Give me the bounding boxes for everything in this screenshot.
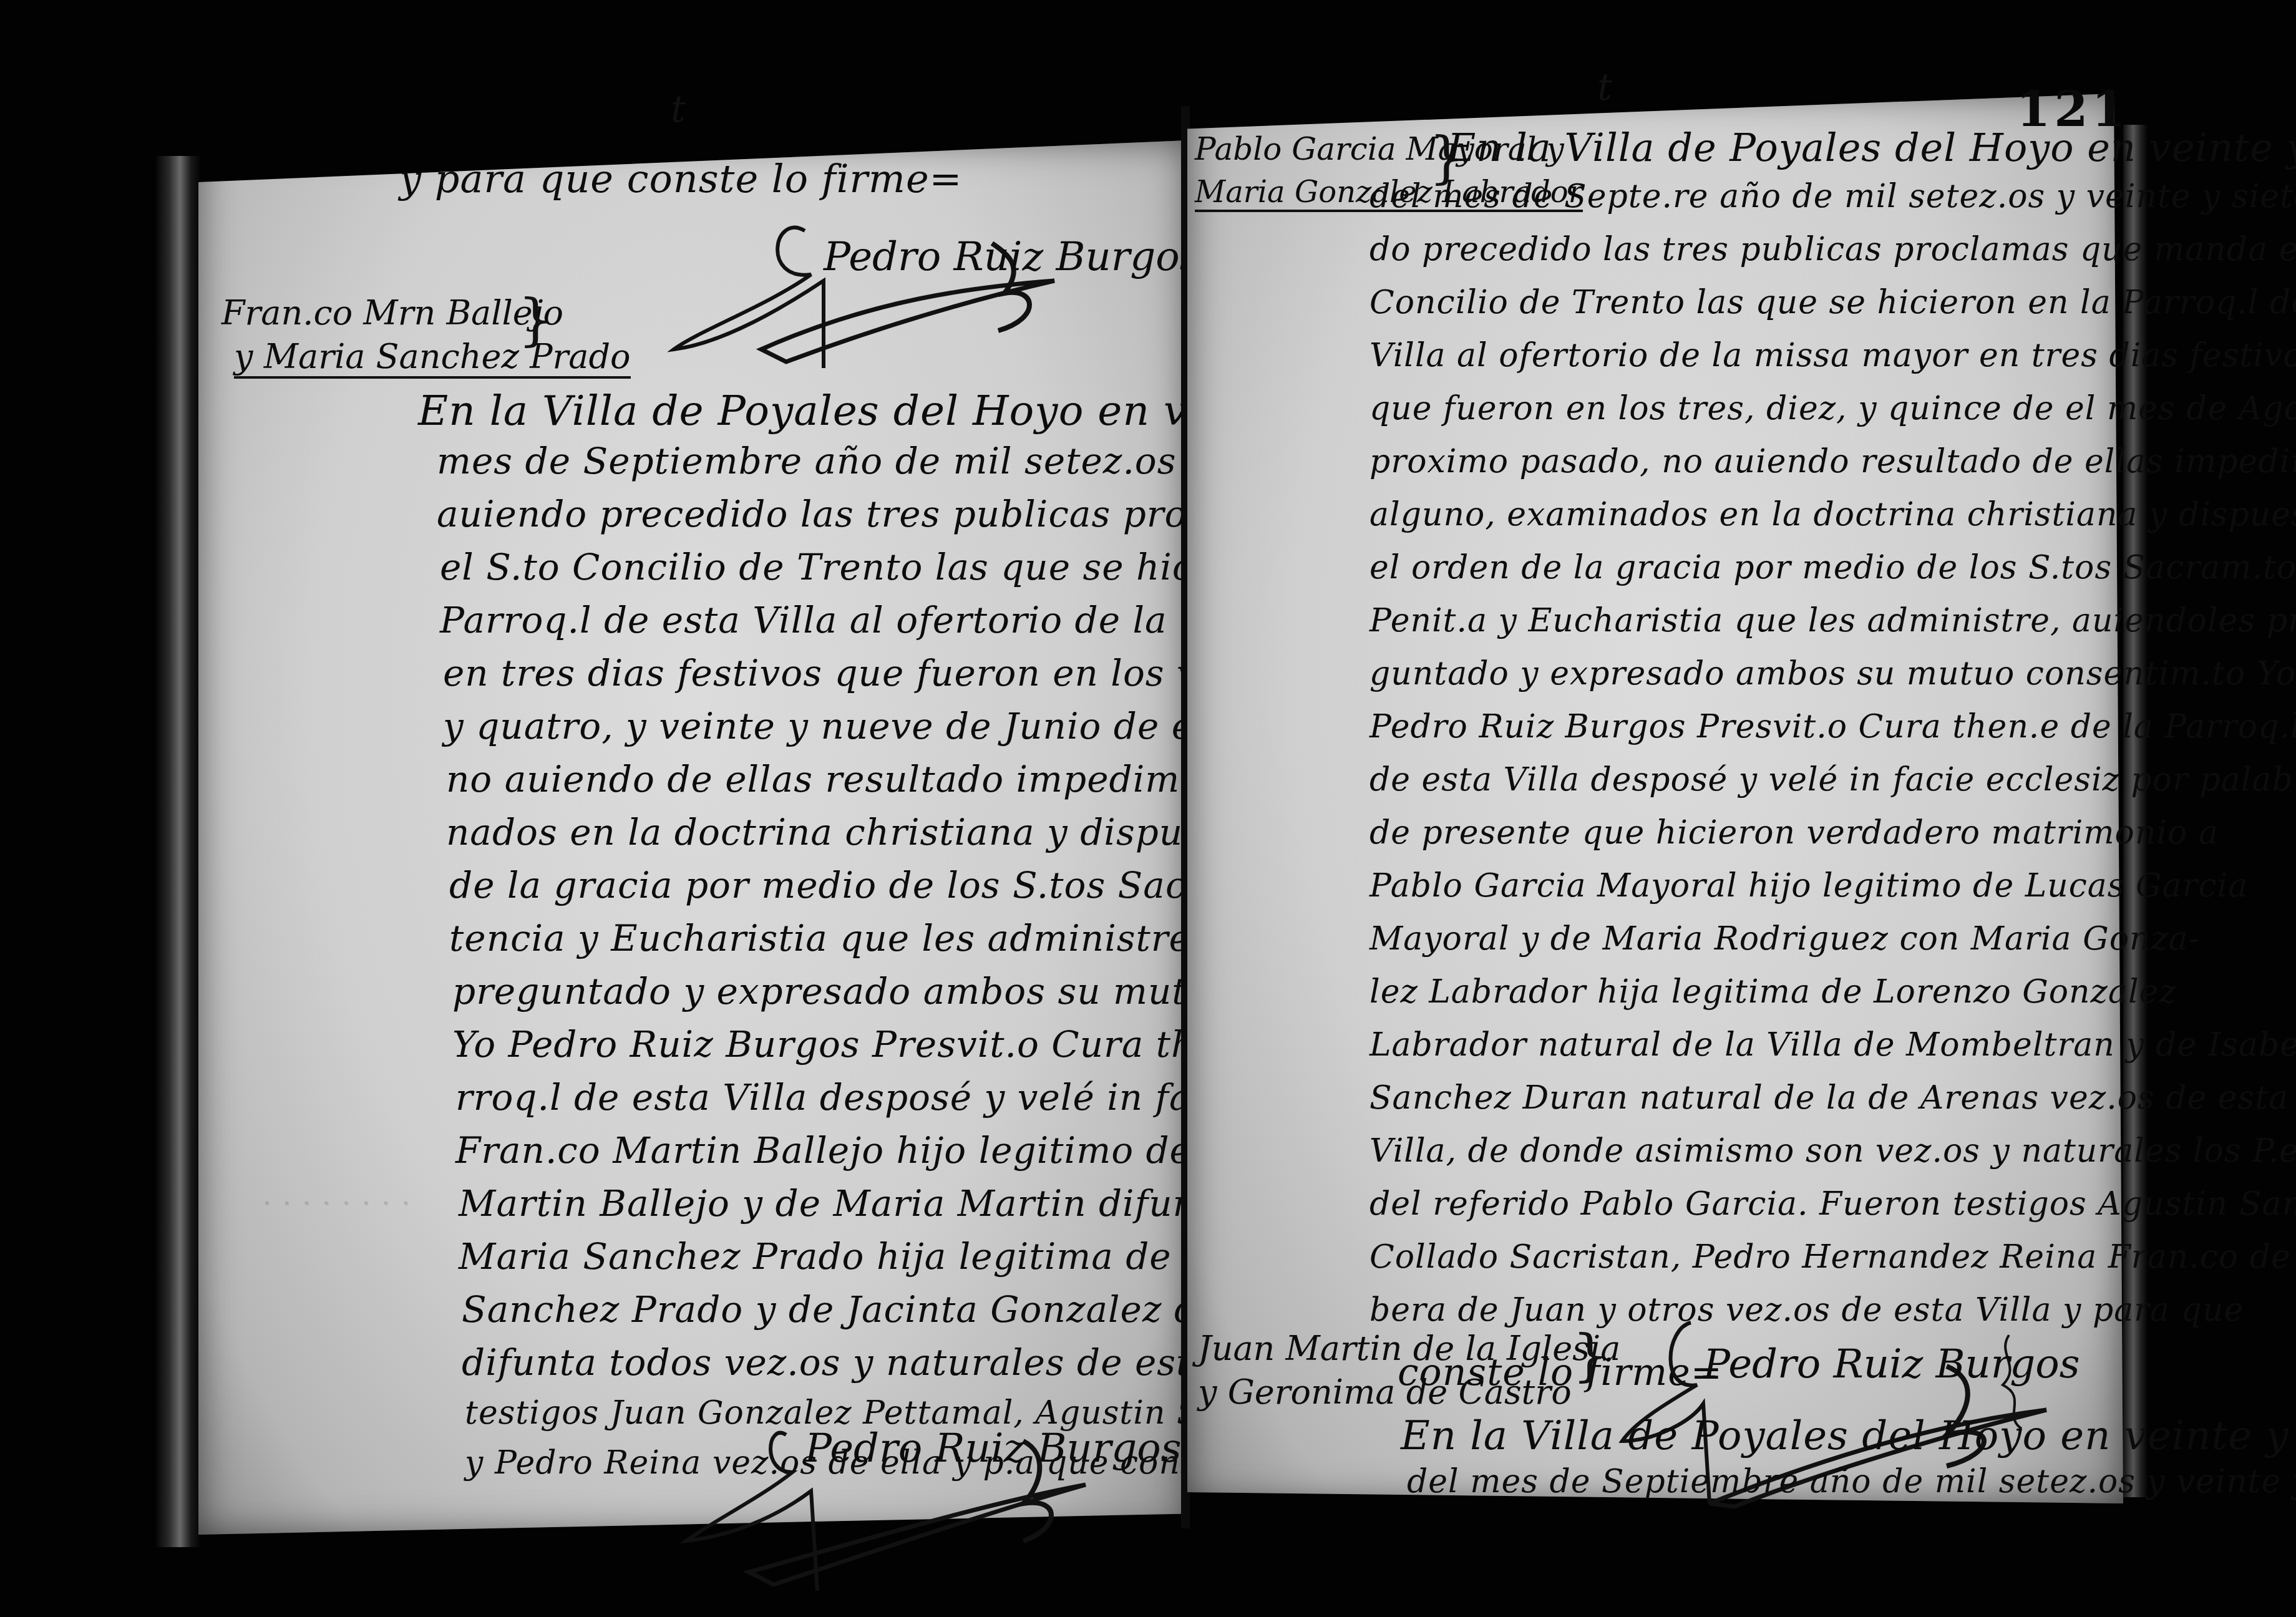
entry-line: Penit.a y Eucharistia que les administre… xyxy=(1369,602,2296,639)
entry-line: Villa al ofertorio de la missa mayor en … xyxy=(1369,337,2296,374)
entry-line: Pedro Ruiz Burgos Presvit.o Cura then.e … xyxy=(1369,708,2296,745)
entry-line: En la Villa de Poyales del Hoyo en veint… xyxy=(1401,1413,2296,1459)
entry-line: del mes de Septiembre año de mil setez.o… xyxy=(1407,1463,2296,1500)
entry-line: do precedido las tres publicas proclamas… xyxy=(1369,231,2296,268)
entry-line: lez Labrador hija legitima de Lorenzo Go… xyxy=(1369,973,2177,1011)
book-binding-edge xyxy=(156,156,200,1547)
entry-line: del referido Pablo Garcia. Fueron testig… xyxy=(1369,1185,2296,1223)
entry-line: proximo pasado, no auiendo resultado de … xyxy=(1369,443,2296,480)
margin-note-line-2: y Maria Sanchez Prado xyxy=(234,337,631,379)
entry-line: Concilio de Trento las que se hicieron e… xyxy=(1369,284,2296,321)
entry-line: de esta Villa desposé y velé in facie ec… xyxy=(1369,761,2296,799)
margin-note-line-2: y Geronima de Castro xyxy=(1198,1372,1572,1412)
entry-line: En la Villa de Poyales del Hoyo en veint… xyxy=(1447,125,2296,170)
scan-background: · · · · · · · · t y para que conste lo f… xyxy=(0,0,2296,1617)
entry-line: Collado Sacristan, Pedro Hernandez Reina… xyxy=(1369,1238,2296,1276)
signature-name: Pedro Ruiz Burgos xyxy=(1703,1341,2080,1387)
entry-line: Villa, de donde asimismo son vez.os y na… xyxy=(1369,1132,2296,1170)
top-mark-right: t xyxy=(1597,66,1612,109)
entry-line: Labrador natural de la Villa de Mombeltr… xyxy=(1369,1026,2296,1064)
margin-note-line-1: Fran.co Mrn Ballejo xyxy=(221,293,563,333)
entry-line: que fueron en los tres, diez, y quince d… xyxy=(1369,390,2296,427)
bleed-through-text: · · · · · · · · xyxy=(262,1185,411,1221)
signature-name: Pedro Ruiz Burgos xyxy=(805,1425,1182,1472)
margin-brace-icon: } xyxy=(518,287,553,352)
signature-name: Pedro Ruiz Burgos xyxy=(824,234,1200,280)
entry-line: de presente que hicieron verdadero matri… xyxy=(1369,814,2219,852)
entry-line: guntado y expresado ambos su mutuo conse… xyxy=(1369,655,2296,692)
entry-line: Sanchez Duran natural de la de Arenas ve… xyxy=(1369,1079,2289,1117)
entry-line: el orden de la gracia por medio de los S… xyxy=(1369,549,2296,586)
margin-note-line-1: Juan Martin de la Iglesia xyxy=(1198,1329,1620,1368)
left-closing-line: y para que conste lo firme= xyxy=(399,156,963,202)
entry-line: Pablo Garcia Mayoral hijo legitimo de Lu… xyxy=(1369,867,2248,905)
entry-line: del mes de Septe.re año de mil setez.os … xyxy=(1369,178,2296,215)
signature-flourish-icon xyxy=(624,206,1123,368)
entry-line: alguno, examinados en la doctrina christ… xyxy=(1369,496,2296,533)
entry-line: Mayoral y de Maria Rodriguez con Maria G… xyxy=(1369,920,2200,958)
margin-brace-icon: } xyxy=(1572,1323,1608,1388)
top-mark-left: t xyxy=(671,87,686,131)
